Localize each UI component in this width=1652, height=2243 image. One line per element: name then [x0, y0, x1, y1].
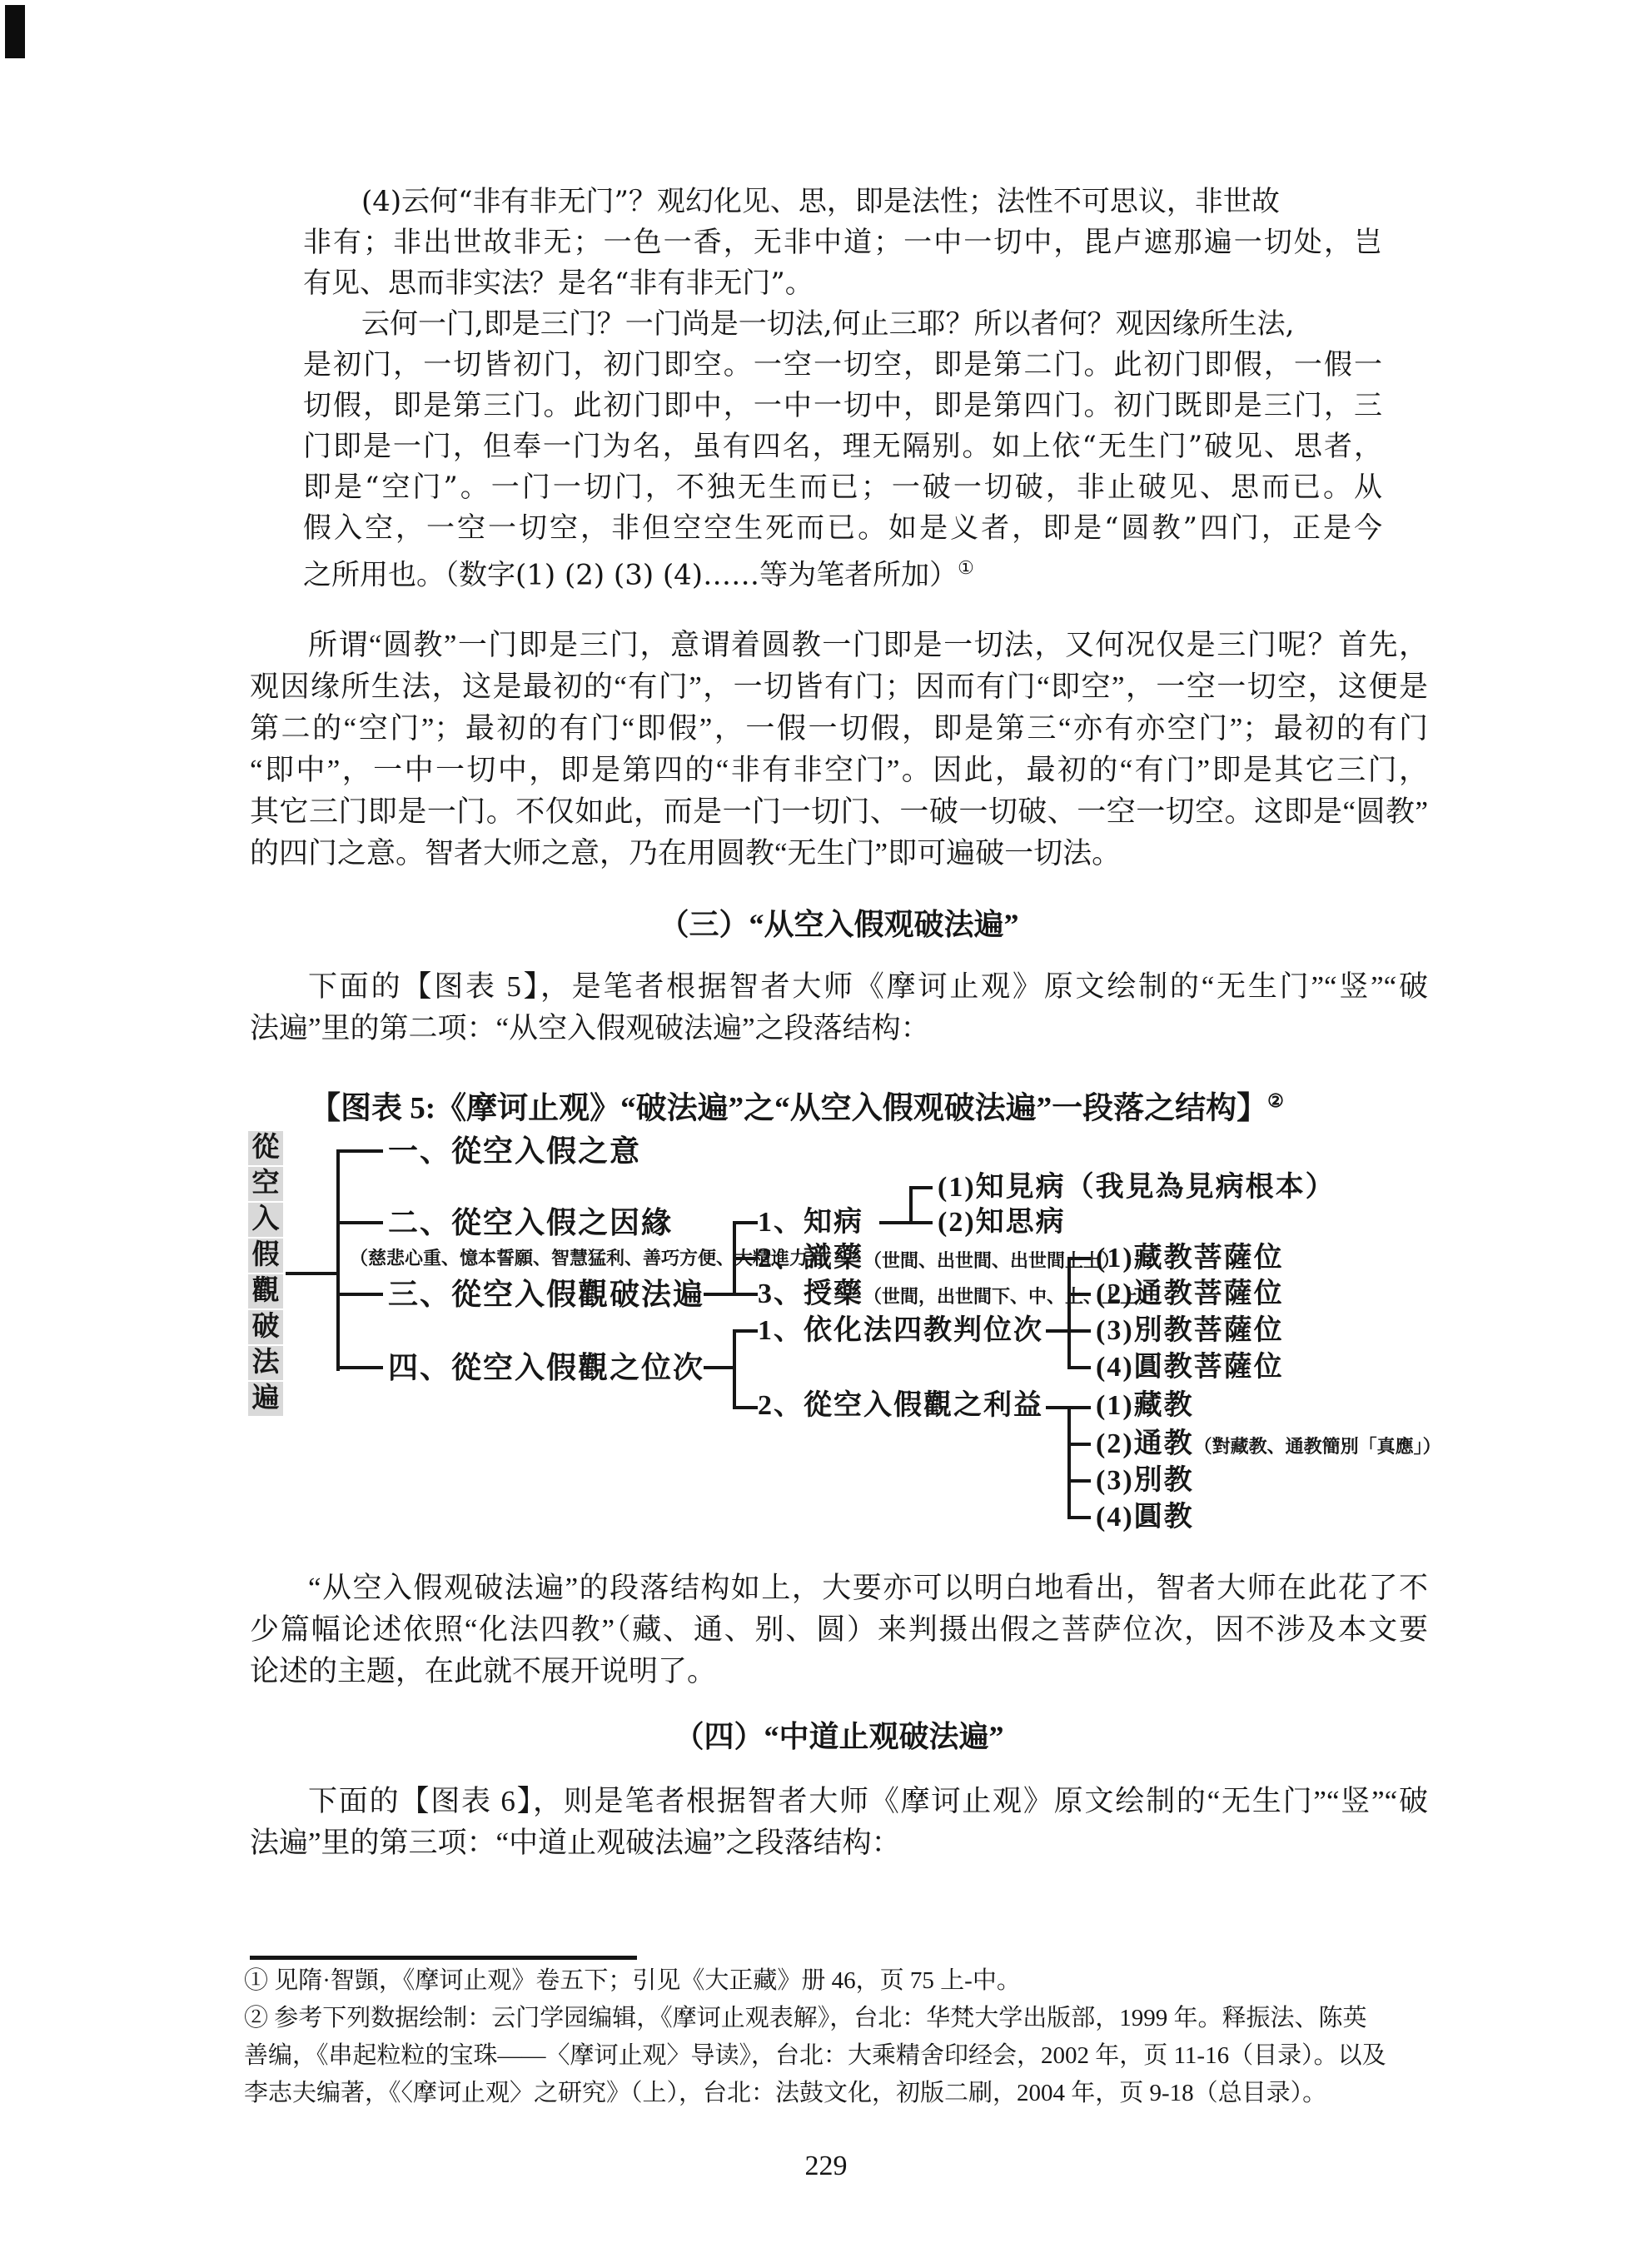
scan-artifact	[5, 5, 25, 58]
tree-leaf-bie: (3)別教	[1096, 1463, 1194, 1499]
quote-line: 是初门，一切皆初门，初门即空。一空一切空，即是第二门。此初门即假，一假一	[303, 345, 1382, 385]
tree-leaf-bie-wei: (3)別教菩薩位	[1096, 1313, 1284, 1349]
body-line: “即中”，一中一切中，即是第四的“非有非空门”。因此，最初的“有门”即是其它三门…	[250, 750, 1428, 791]
figure-root-char: 入	[248, 1203, 283, 1237]
document-page: (4)云何“非有非无门”？观幻化见、思，即是法性；法性不可思议，非世故 非有；非…	[0, 0, 1652, 2243]
figure-root-char: 空	[248, 1167, 283, 1201]
body-line: “从空入假观破法遍”的段落结构如上，大要亦可以明白地看出，智者大师在此花了不	[250, 1568, 1428, 1609]
tree-item-liyi: 2、從空入假觀之利益	[758, 1388, 1043, 1424]
figure-root-char: 觀	[248, 1274, 283, 1308]
quote-line: 切假，即是第三门。此初门即中，一中一切中，即是第四门。初门既即是三门，三	[303, 386, 1382, 426]
tree-line	[733, 1329, 736, 1409]
body-line: 下面的【图表 5】，是笔者根据智者大师《摩诃止观》原文绘制的“无生门”“竖”“破	[250, 966, 1428, 1008]
tree-line	[1067, 1406, 1091, 1409]
tree-line	[704, 1366, 736, 1369]
tree-line	[1067, 1293, 1091, 1296]
tree-line	[909, 1186, 913, 1224]
tree-line	[1067, 1257, 1091, 1260]
quote-line: 非有；非出世故非无；一色一香，无非中道；一中一切中，毘卢遮那遍一切处，岂	[303, 222, 1382, 262]
tree-leaf-yuan: (4)圓教	[1096, 1499, 1194, 1536]
tree-line	[336, 1366, 383, 1369]
tree-item-shiyao: 2、識藥（世間、出世間、出世間上上）	[758, 1240, 1120, 1279]
body-line: 法遍”里的第二项：“从空入假观破法遍”之段落结构：	[250, 1008, 1428, 1049]
tree-line	[1067, 1366, 1091, 1369]
tree-line	[1067, 1443, 1091, 1446]
tree-line	[733, 1221, 758, 1224]
page-number: 229	[0, 2151, 1652, 2182]
tree-line	[909, 1186, 933, 1189]
tree-note: （世間、出世間、出世間上上）	[863, 1250, 1120, 1271]
quote-line: 云何一门,即是三门？一门尚是一切法,何止三耶？所以者何？观因缘所生法,	[303, 304, 1382, 344]
tree-item-label: (2)通教	[1096, 1428, 1194, 1459]
tree-line	[1067, 1329, 1091, 1333]
figure-root-char: 法	[248, 1346, 283, 1380]
tree-line	[336, 1221, 383, 1224]
tree-leaf-tong: (2)通教（對藏教、通教簡別「真應」）	[1096, 1426, 1441, 1465]
tree-line	[1067, 1406, 1071, 1519]
footnote-line: 善编，《串起粒粒的宝珠——〈摩诃止观〉导读》，台北：大乘精舍印经会，2002 年…	[244, 2037, 1443, 2075]
quote-line: 即是“空门”。一门一切门，不独无生而已；一破一切破，非止破见、思而已。从	[303, 467, 1382, 507]
body-line: 下面的【图表 6】，则是笔者根据智者大师《摩诃止观》原文绘制的“无生门”“竖”“…	[250, 1781, 1428, 1822]
tree-item-1: 一、從空入假之意	[388, 1133, 641, 1169]
tree-line	[336, 1149, 340, 1371]
tree-leaf-jianbing: (1)知見病（我見為見病根本）	[938, 1169, 1336, 1206]
footnote-ref-2: ②	[1267, 1090, 1284, 1111]
tree-item-zhibing: 1、知病	[758, 1204, 863, 1241]
tree-item-4: 四、從空入假觀之位次	[388, 1349, 704, 1386]
tree-leaf-tong-wei: (2)通教菩薩位	[1096, 1276, 1284, 1313]
tree-item-label: 2、識藥	[758, 1243, 863, 1274]
quote-line: 之所用也。（数字(1) (2) (3) (4)……等为笔者所加）①	[303, 549, 1382, 595]
footnote-separator	[250, 1956, 637, 1960]
body-line: 观因缘所生法，这是最初的“有门”，一切皆有门；因而有门“即空”，一空一切空，这便…	[250, 666, 1428, 708]
body-line: 所谓“圆教”一门即是三门，意谓着圆教一门即是一切法，又何况仅是三门呢？首先，	[250, 625, 1428, 666]
quote-line: 假入空，一空一切空，非但空空生死而已。如是义者，即是“圆教”四门，正是今	[303, 508, 1382, 548]
tree-item-3: 三、從空入假觀破法遍	[388, 1276, 704, 1313]
quote-line: (4)云何“非有非无门”？观幻化见、思，即是法性；法性不可思议，非世故	[303, 182, 1382, 222]
tree-leaf-zang-wei: (1)藏教菩薩位	[1096, 1240, 1284, 1277]
quote-line: 门即是一门，但奉一门为名，虽有四名，理无隔别。如上依“无生门”破见、思者，	[303, 426, 1382, 466]
tree-line	[704, 1293, 736, 1296]
section-heading-3: （三）“从空入假观破法遍”	[250, 904, 1428, 945]
tree-note: （對藏教、通教簡別「真應」）	[1194, 1436, 1441, 1457]
figure-root-char: 從	[248, 1131, 283, 1165]
tree-leaf-yuan-wei: (4)圓教菩薩位	[1096, 1349, 1284, 1386]
footnote-ref-1: ①	[958, 558, 974, 579]
tree-line	[733, 1293, 758, 1296]
tree-line	[1067, 1516, 1091, 1519]
footnote-line: ① 见隋·智顗，《摩诃止观》卷五下；引见《大正藏》册 46，页 75 上-中。	[244, 1962, 1443, 2000]
tree-line	[286, 1272, 336, 1275]
section-heading-4: （四）“中道止观破法遍”	[250, 1716, 1428, 1757]
body-line: 的四门之意。智者大师之意，乃在用圆教“无生门”即可遍破一切法。	[250, 833, 1428, 875]
figure-root-char: 遍	[248, 1382, 283, 1416]
tree-line	[909, 1221, 933, 1224]
tree-line	[733, 1406, 758, 1409]
figure-root-char: 破	[248, 1310, 283, 1344]
figure-title-text: 【图表 5:《摩诃止观》“破法遍”之“从空入假观破法遍”一段落之结构】	[310, 1091, 1267, 1125]
tree-line	[1067, 1257, 1071, 1369]
figure-root-char: 假	[248, 1239, 283, 1273]
tree-item-label: 3、授藥	[758, 1279, 863, 1309]
tree-item-panwei: 1、依化法四教判位次	[758, 1313, 1043, 1349]
body-line: 第二的“空门”；最初的有门“即假”，一假一切假，即是第三“亦有亦空门”；最初的有…	[250, 708, 1428, 750]
tree-line	[879, 1221, 913, 1224]
figure-title: 【图表 5:《摩诃止观》“破法遍”之“从空入假观破法遍”一段落之结构】②	[310, 1081, 1284, 1129]
quote-line: 有见、思而非实法？是名“非有非无门”。	[303, 263, 1382, 303]
body-line: 法遍”里的第三项：“中道止观破法遍”之段落结构：	[250, 1822, 1428, 1864]
body-line: 少篇幅论述依照“化法四教”（藏、通、别、圆）来判摄出假之菩萨位次，因不涉及本文要	[250, 1609, 1428, 1651]
tree-line	[733, 1329, 758, 1333]
body-line: 其它三门即是一门。不仅如此，而是一门一切门、一破一切破、一空一切空。这即是“圆教…	[250, 791, 1428, 833]
tree-line	[1067, 1479, 1091, 1483]
tree-line	[733, 1257, 758, 1260]
footnote-line: 李志夫编著，《〈摩诃止观〉之研究》（上），台北：法鼓文化，初版二刷，2004 年…	[244, 2075, 1443, 2112]
tree-leaf-sibing: (2)知思病	[938, 1204, 1066, 1241]
body-line: 论述的主题，在此就不展开说明了。	[250, 1651, 1428, 1692]
tree-line	[336, 1149, 383, 1153]
tree-leaf-zang: (1)藏教	[1096, 1388, 1194, 1424]
quote-text: 之所用也。（数字(1) (2) (3) (4)……等为笔者所加）	[303, 558, 958, 591]
footnote-line: ② 参考下列数据绘制：云门学园编辑，《摩诃止观表解》，台北：华梵大学出版部，19…	[244, 2000, 1443, 2037]
tree-line	[336, 1293, 383, 1296]
tree-item-2: 二、從空入假之因緣	[388, 1204, 673, 1241]
